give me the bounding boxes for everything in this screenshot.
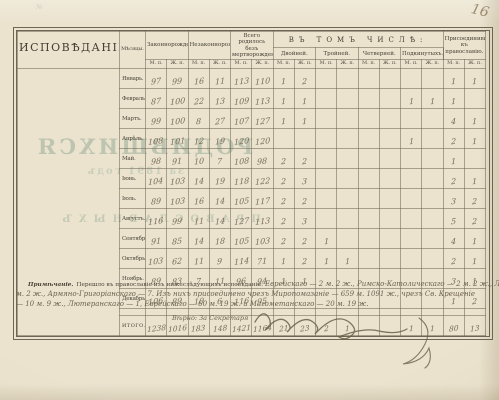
table-cell: 1 <box>316 249 337 269</box>
table-cell: 104 <box>146 169 167 189</box>
table-cell: 2 <box>464 209 485 229</box>
sex-subheader: Ж. п. <box>337 60 358 69</box>
table-cell <box>422 129 443 149</box>
column-group-header: Двойней. <box>273 48 316 60</box>
table-cell <box>316 169 337 189</box>
column-group-header: Законнорожденныхъ. <box>146 32 189 60</box>
table-cell <box>401 109 422 129</box>
table-cell <box>379 109 400 129</box>
table-cell <box>358 89 379 109</box>
table-cell: 110 <box>252 69 273 89</box>
table-cell: 1 <box>443 69 464 89</box>
table-cell <box>379 249 400 269</box>
table-cell: 99 <box>167 209 188 229</box>
signature-flourish <box>250 300 470 370</box>
totals-label: ИТОГО. <box>120 316 146 336</box>
table-cell: 108 <box>146 129 167 149</box>
table-cell: 1 <box>316 229 337 249</box>
footnote-line2: м. 2 ж., Армяно-Григоріанскаго — 7. Изъ … <box>16 290 486 298</box>
table-cell: 2 <box>273 209 294 229</box>
table-cell <box>401 169 422 189</box>
table-cell <box>316 129 337 149</box>
table-cell: 98 <box>146 149 167 169</box>
table-cell: 1 <box>337 249 358 269</box>
table-cell <box>422 209 443 229</box>
table-cell <box>379 89 400 109</box>
table-cell: 1 <box>464 169 485 189</box>
table-cell: 109 <box>231 89 252 109</box>
sex-subheader: Ж. п. <box>422 60 443 69</box>
table-cell: 71 <box>252 249 273 269</box>
table-cell: 2 <box>443 129 464 149</box>
table-cell: 19 <box>209 129 230 149</box>
sex-subheader: М. п. <box>316 60 337 69</box>
sex-subheader: Ж. п. <box>464 60 485 69</box>
table-cell <box>422 149 443 169</box>
table-cell <box>401 229 422 249</box>
table-cell: 1 <box>464 249 485 269</box>
table-cell <box>401 209 422 229</box>
table-cell: 13 <box>209 89 230 109</box>
table-cell: 11 <box>188 209 209 229</box>
table-cell: 99 <box>167 69 188 89</box>
column-group-header: Четверней. <box>358 48 401 60</box>
table-cell <box>273 129 294 149</box>
table-cell <box>422 249 443 269</box>
table-cell: 1 <box>273 69 294 89</box>
table-cell: 11 <box>209 69 230 89</box>
months-header: Мѣсяцы. <box>120 32 146 69</box>
table-cell <box>358 69 379 89</box>
table-cell: 16 <box>188 189 209 209</box>
table-cell: 16 <box>188 69 209 89</box>
table-cell <box>316 89 337 109</box>
table-cell: 1 <box>294 109 315 129</box>
table-cell <box>379 149 400 169</box>
table-cell: 14 <box>188 169 209 189</box>
sex-subheader: Ж. п. <box>294 60 315 69</box>
pencil-scribble: № <box>36 3 44 11</box>
table-cell: 99 <box>146 109 167 129</box>
table-cell: 2 <box>273 189 294 209</box>
table-cell <box>316 149 337 169</box>
table-cell: 11 <box>188 249 209 269</box>
table-cell: 9 <box>209 249 230 269</box>
table-cell: 3 <box>443 189 464 209</box>
table-cell: 22 <box>188 89 209 109</box>
table-cell <box>316 69 337 89</box>
table-cell: 1 <box>464 129 485 149</box>
scanned-page: № 16 РОДИВШИХСЯ за 1891 годъ ПРАВОСЛАВНЫ… <box>0 0 499 400</box>
table-cell: 101 <box>167 129 188 149</box>
table-cell: 107 <box>231 109 252 129</box>
table-cell: 3 <box>294 169 315 189</box>
table-cell <box>337 229 358 249</box>
month-label: Мартъ. <box>120 109 146 129</box>
table-cell: 113 <box>252 89 273 109</box>
table-cell: 113 <box>252 209 273 229</box>
sex-subheader: М. п. <box>188 60 209 69</box>
table-cell: 19 <box>209 169 230 189</box>
table-cell: 14 <box>209 189 230 209</box>
table-cell: 27 <box>209 109 230 129</box>
table-cell <box>358 169 379 189</box>
sex-subheader: М. п. <box>443 60 464 69</box>
confession-header: ИСПОВѢДАНІЕ. <box>18 32 120 69</box>
table-cell <box>294 129 315 149</box>
footnote-label: Примѣчаніе. <box>28 282 73 288</box>
table-cell: 8 <box>188 109 209 129</box>
month-label: Іюнь. <box>120 169 146 189</box>
in-total-header: ВЪ ТОМЪ ЧИСЛѢ: <box>273 32 443 48</box>
table-cell: 1 <box>401 129 422 149</box>
sex-subheader: Ж. п. <box>167 60 188 69</box>
page-number: 16 <box>470 1 491 21</box>
sex-subheader: Ж. п. <box>209 60 230 69</box>
table-cell: 105 <box>231 189 252 209</box>
table-cell <box>337 129 358 149</box>
table-cell: 5 <box>443 209 464 229</box>
table-cell: 116 <box>146 209 167 229</box>
table-cell: 85 <box>167 229 188 249</box>
table-cell: 120 <box>252 129 273 149</box>
table-cell <box>358 129 379 149</box>
table-cell <box>358 209 379 229</box>
table-cell: 98 <box>252 149 273 169</box>
table-cell: 1 <box>464 69 485 89</box>
table-cell <box>464 149 485 169</box>
table-cell: 10 <box>188 149 209 169</box>
table-cell: 97 <box>146 69 167 89</box>
sex-subheader: М. п. <box>401 60 422 69</box>
table-cell: 4 <box>443 109 464 129</box>
table-cell: 1 <box>422 89 443 109</box>
table-cell <box>316 209 337 229</box>
table-cell <box>337 209 358 229</box>
month-label: Сентябрь. <box>120 229 146 249</box>
table-cell: 2 <box>294 249 315 269</box>
table-cell: 62 <box>167 249 188 269</box>
table-cell: 108 <box>231 149 252 169</box>
table-cell: 103 <box>167 189 188 209</box>
table-cell: 103 <box>167 169 188 189</box>
sex-subheader: Ж. п. <box>252 60 273 69</box>
table-cell: 1 <box>443 149 464 169</box>
sex-subheader: М. п. <box>231 60 252 69</box>
table-cell <box>379 229 400 249</box>
table-cell: 7 <box>209 149 230 169</box>
table-cell <box>379 69 400 89</box>
table-cell: 1 <box>273 109 294 129</box>
footnote-line1: Примѣчаніе.Перешло въ православіе изъ ни… <box>28 280 490 288</box>
table-cell <box>316 109 337 129</box>
table-cell <box>379 209 400 229</box>
month-label: Январь. <box>120 69 146 89</box>
table-cell: 18 <box>209 229 230 249</box>
table-cell <box>337 89 358 109</box>
table-cell <box>337 169 358 189</box>
table-cell <box>401 149 422 169</box>
table-cell: 117 <box>252 189 273 209</box>
column-group-header: Подкинутыхъ. <box>401 48 444 60</box>
table-cell: 12 <box>188 129 209 149</box>
table-cell: 91 <box>146 229 167 249</box>
table-cell: 2 <box>294 69 315 89</box>
month-label: Май. <box>120 149 146 169</box>
table-cell: 1 <box>273 89 294 109</box>
table-cell <box>379 169 400 189</box>
table-cell: 1 <box>401 89 422 109</box>
table-cell <box>422 229 443 249</box>
table-cell: 1 <box>464 109 485 129</box>
table-cell: 105 <box>231 229 252 249</box>
table-cell <box>401 189 422 209</box>
table-cell <box>316 189 337 209</box>
table-cell: 3 <box>294 209 315 229</box>
month-label: Февраль. <box>120 89 146 109</box>
table-cell <box>337 149 358 169</box>
table-cell: 4 <box>443 229 464 249</box>
table-cell: 2 <box>294 149 315 169</box>
sex-subheader: М. п. <box>273 60 294 69</box>
sex-subheader: Ж. п. <box>379 60 400 69</box>
table-cell: 100 <box>167 109 188 129</box>
table-cell: 103 <box>146 249 167 269</box>
table-cell <box>401 249 422 269</box>
table-cell <box>358 109 379 129</box>
table-cell: 103 <box>252 229 273 249</box>
verification-text: Вѣрно: За Секретаря <box>172 314 248 322</box>
table-cell <box>358 229 379 249</box>
table-cell <box>422 189 443 209</box>
table-cell: 113 <box>231 69 252 89</box>
table-cell: 1 <box>464 229 485 249</box>
table-cell: 1 <box>443 89 464 109</box>
table-cell: 14 <box>209 209 230 229</box>
table-cell: 122 <box>252 169 273 189</box>
table-cell: 2 <box>273 229 294 249</box>
table-cell: 2 <box>294 229 315 249</box>
table-cell <box>401 69 422 89</box>
footnote-printed: Перешло въ православіе изъ нижеслѣдующих… <box>76 282 263 288</box>
table-cell <box>422 109 443 129</box>
table-cell <box>379 189 400 209</box>
table-cell <box>337 109 358 129</box>
table-cell <box>422 69 443 89</box>
table-cell <box>464 89 485 109</box>
table-cell: 1 <box>273 249 294 269</box>
table-cell: 89 <box>146 189 167 209</box>
month-label: Апрѣль. <box>120 129 146 149</box>
table-cell <box>358 189 379 209</box>
footnote-hand1: Еврейскаго — 2 м. 2 ж., Римско-Католичес… <box>265 280 499 288</box>
table-cell <box>379 129 400 149</box>
table-cell: 100 <box>167 89 188 109</box>
sex-subheader: М. п. <box>358 60 379 69</box>
table-cell: 120 <box>231 129 252 149</box>
table-cell: 1238 <box>146 316 167 336</box>
table-cell: 2 <box>443 169 464 189</box>
column-group-header: Незаконнорожденныхъ. <box>188 32 231 60</box>
table-cell: 2 <box>273 149 294 169</box>
table-cell: 2 <box>273 169 294 189</box>
table-cell: 114 <box>231 249 252 269</box>
table-cell: 2 <box>464 189 485 209</box>
table-cell: 1 <box>294 89 315 109</box>
table-cell: 2 <box>294 189 315 209</box>
month-label: Августъ. <box>120 209 146 229</box>
month-label: Октябрь. <box>120 249 146 269</box>
table-cell <box>337 69 358 89</box>
sex-subheader: М. п. <box>146 60 167 69</box>
month-label: Іюль. <box>120 189 146 209</box>
table-cell: 127 <box>252 109 273 129</box>
table-cell <box>358 149 379 169</box>
column-group-header: Присоединившихся къ православію. <box>443 32 486 60</box>
table-cell <box>358 249 379 269</box>
table-row: Январь.979916111131101211 <box>18 69 486 89</box>
table-cell: 2 <box>443 249 464 269</box>
table-cell: 118 <box>231 169 252 189</box>
table-cell: 91 <box>167 149 188 169</box>
column-group-header: Тройней. <box>316 48 359 60</box>
table-cell <box>337 189 358 209</box>
table-cell <box>422 169 443 189</box>
table-cell: 87 <box>146 89 167 109</box>
table-cell: 14 <box>188 229 209 249</box>
column-group-header: Всего родилось безъ мертворожденныхъ. <box>231 32 274 60</box>
table-cell: 127 <box>231 209 252 229</box>
